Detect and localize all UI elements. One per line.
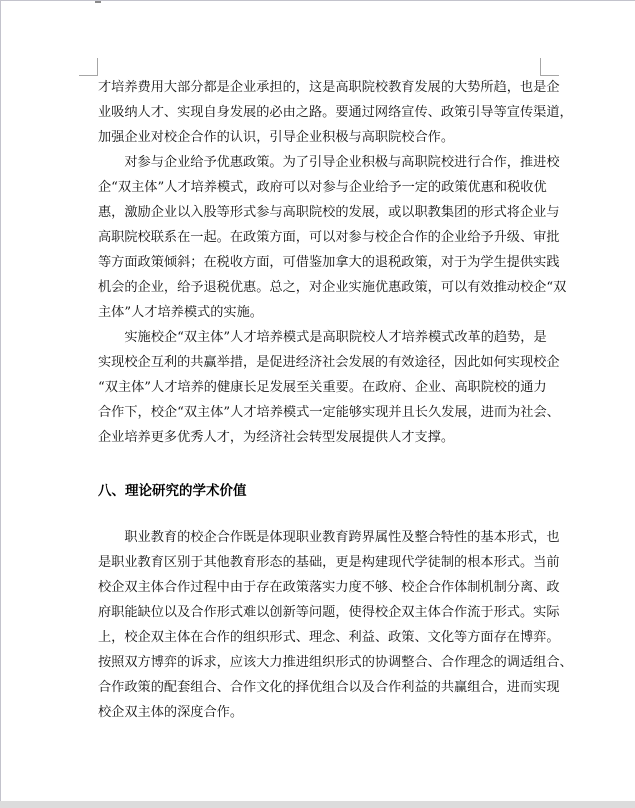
text-line: 业吸纳人才、实现自身发展的必由之路。要通过网络宣传、政策引导等宣传渠道， [98, 104, 542, 122]
section-heading: 八、理论研究的学术价值 [98, 479, 247, 499]
text-line: 合作政策的配套组合、合作文化的择优组合以及合作利益的共赢组合，进而实现 [98, 679, 542, 697]
text-line: 企业培养更多优秀人才，为经济社会转型发展提供人才支撑。 [98, 429, 542, 447]
text-line: “双主体”人才培养的健康长足发展至关重要。在政府、企业、高职院校的通力 [98, 379, 542, 397]
document-page: 才培养费用大部分都是企业承担的，这是高职院校教育发展的大势所趋，也是企 业吸纳人… [0, 0, 635, 801]
text-line: 按照双方博弈的诉求，应该大力推进组织形式的协调整合、合作理念的调适组合、 [98, 654, 542, 672]
text-line: 才培养费用大部分都是企业承担的，这是高职院校教育发展的大势所趋，也是企 [98, 79, 542, 97]
text-line: 职业教育的校企合作既是体现职业教育跨界属性及整合特性的基本形式，也 [98, 529, 542, 547]
page-gap [0, 801, 635, 808]
text-line: 机会的企业，给予退税优惠。总之，对企业实施优惠政策，可以有效推动校企“双 [98, 279, 542, 297]
text-line: 主体”人才培养模式的实施。 [98, 304, 542, 322]
margin-corner-mark-top-left [79, 58, 98, 76]
text-line: 是职业教育区别于其他教育形态的基础，更是构建现代学徒制的根本形式。当前 [98, 554, 542, 572]
text-line: 校企双主体的深度合作。 [98, 704, 542, 722]
margin-corner-mark-top-right [540, 58, 559, 76]
text-line: 惠，激励企业以入股等形式参与高职院校的发展，或以职教集团的形式将企业与 [98, 204, 542, 222]
text-line: 实现校企互利的共赢举措，是促进经济社会发展的有效途径，因此如何实现校企 [98, 354, 542, 372]
text-line: 府职能缺位以及合作形式难以创新等问题，使得校企双主体合作流于形式。实际 [98, 604, 542, 622]
text-line: 高职院校联系在一起。在政策方面，可以对参与校企合作的企业给予升级、审批 [98, 229, 542, 247]
text-line: 等方面政策倾斜；在税收方面，可借鉴加拿大的退税政策，对于为学生提供实践 [98, 254, 542, 272]
ruler-tab-marker [95, 1, 101, 3]
text-line: 校企双主体合作过程中由于存在政策落实力度不够、校企合作体制机制分离、政 [98, 579, 542, 597]
text-line: 加强企业对校企合作的认识，引导企业积极与高职院校合作。 [98, 129, 542, 147]
text-line: 对参与企业给予优惠政策。为了引导企业积极与高职院校进行合作，推进校 [98, 154, 542, 172]
text-line: 企“双主体”人才培养模式，政府可以对参与企业给予一定的政策优惠和税收优 [98, 179, 542, 197]
text-line: 上，校企双主体在合作的组织形式、理念、利益、政策、文化等方面存在博弈。 [98, 629, 542, 647]
text-line: 实施校企“双主体”人才培养模式是高职院校人才培养模式改革的趋势，是 [98, 329, 542, 347]
text-line: 合作下，校企“双主体”人才培养模式一定能够实现并且长久发展，进而为社会、 [98, 404, 542, 422]
